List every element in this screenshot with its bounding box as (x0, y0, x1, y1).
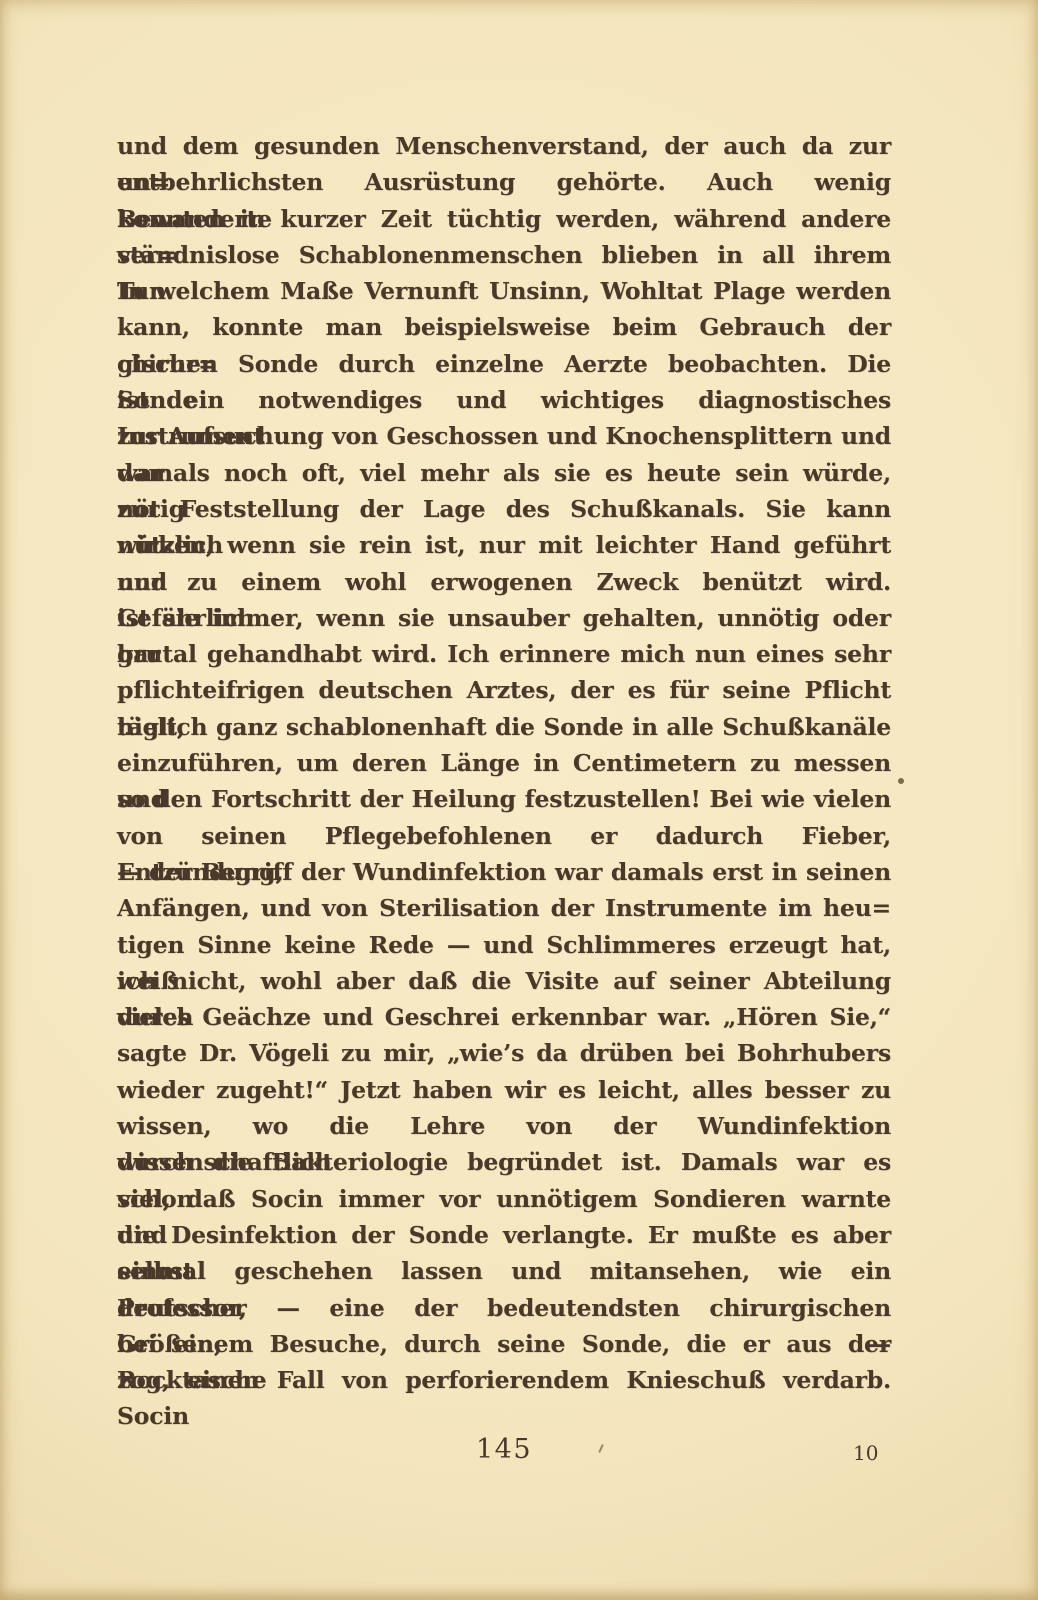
text-line: ich nicht, wohl aber daß die Visite auf … (117, 963, 891, 999)
paper-speck (898, 778, 904, 784)
text-line: wirken, wenn sie rein ist, nur mit leich… (117, 527, 891, 563)
text-line: nur zu einem wohl erwogenen Zweck benütz… (117, 564, 891, 600)
book-page: und dem gesunden Menschenverstand, der a… (0, 0, 1038, 1600)
text-line: pflichteifrigen deutschen Arztes, der es… (117, 672, 891, 708)
signature-mark: 10 (853, 1441, 878, 1465)
text-line: zur Feststellung der Lage des Schußkanal… (117, 491, 891, 527)
text-line: und dem gesunden Menschenverstand, der a… (117, 128, 891, 164)
text-line: kann, konnte man beispielsweise beim Geb… (117, 309, 891, 345)
text-line: tigen Sinne keine Rede — und Schlimmeres… (117, 927, 891, 963)
text-line: so den Fortschritt der Heilung festzuste… (117, 781, 891, 817)
text-line: viel, daß Socin immer vor unnötigem Sond… (117, 1181, 891, 1217)
text-line: durch die Bakteriologie begründet ist. D… (117, 1144, 891, 1180)
text-line: entbehrlichsten Ausrüstung gehörte. Auch… (117, 164, 891, 200)
text-block: und dem gesunden Menschenverstand, der a… (117, 128, 891, 1398)
text-line: gischen Sonde durch einzelne Aerzte beob… (117, 346, 891, 382)
text-line: täglich ganz schablonenhaft die Sonde in… (117, 709, 891, 745)
text-line: vieles Geächze und Geschrei erkennbar wa… (117, 999, 891, 1035)
text-line: zog, einen Fall von perforierendem Knies… (117, 1362, 891, 1398)
text-line: — der Begriff der Wundinfektion war dama… (117, 854, 891, 890)
page-number: 145 (117, 1434, 891, 1465)
text-line: bei einem Besuche, durch seine Sonde, di… (117, 1326, 891, 1362)
text-line: In welchem Maße Vernunft Unsinn, Wohltat… (117, 273, 891, 309)
text-line: Professor, — eine der bedeutendsten chir… (117, 1290, 891, 1326)
text-line: Anfängen, und von Sterilisation der Inst… (117, 890, 891, 926)
text-line: ist ein notwendiges und wichtiges diagno… (117, 382, 891, 418)
text-line: zur Aufsuchung von Geschossen und Knoche… (117, 418, 891, 454)
text-line: die Desinfektion der Sonde verlangte. Er… (117, 1217, 891, 1253)
text-line: sagte Dr. Vögeli zu mir, „wie’s da drübe… (117, 1035, 891, 1071)
text-line: konnten in kurzer Zeit tüchtig werden, w… (117, 201, 891, 237)
text-line: damals noch oft, viel mehr als sie es he… (117, 455, 891, 491)
text-line: ständnislose Schablonenmenschen blieben … (117, 237, 891, 273)
text-line: einmal geschehen lassen und mitansehen, … (117, 1253, 891, 1289)
text-line: wissen, wo die Lehre von der Wundinfekti… (117, 1108, 891, 1144)
text-line: von seinen Pflegebefohlenen er dadurch F… (117, 818, 891, 854)
text-line: einzuführen, um deren Länge in Centimete… (117, 745, 891, 781)
text-line: ist sie immer, wenn sie unsauber gehalte… (117, 600, 891, 636)
text-line: wieder zugeht!“ Jetzt haben wir es leich… (117, 1072, 891, 1108)
text-line: brutal gehandhabt wird. Ich erinnere mic… (117, 636, 891, 672)
